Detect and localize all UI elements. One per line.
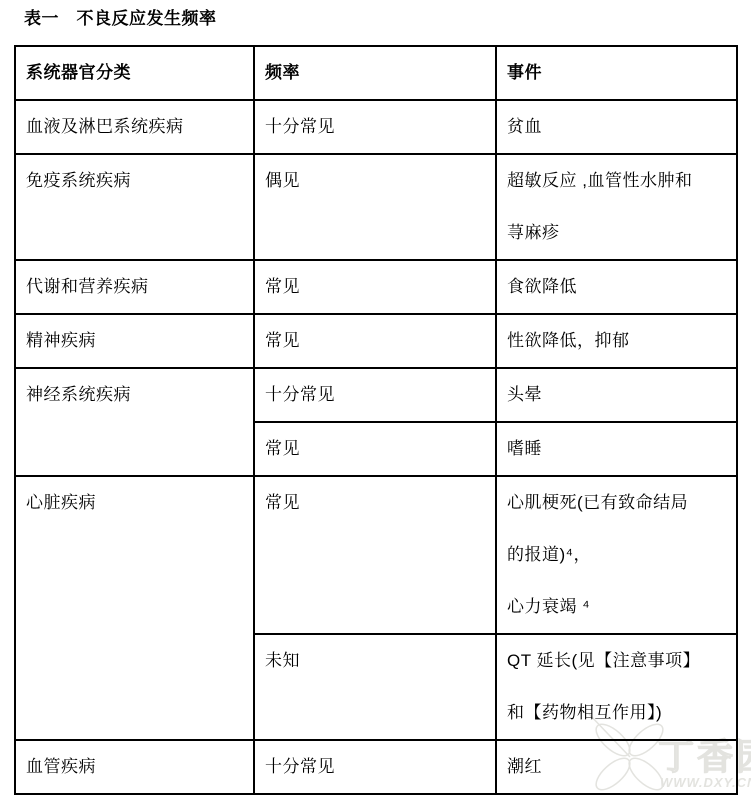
table-cell: 常见 — [254, 260, 496, 314]
table-row: 心脏疾病常见心肌梗死(已有致命结局的报道)⁴，心力衰竭 ⁴ — [15, 476, 737, 634]
table-cell: 超敏反应 ,血管性水肿和荨麻疹 — [496, 154, 737, 260]
header-row: 系统器官分类 频率 事件 — [15, 46, 737, 100]
table-cell: 代谢和营养疾病 — [15, 260, 254, 314]
table-row: 血管疾病十分常见潮红 — [15, 740, 737, 794]
table-cell: 血管疾病 — [15, 740, 254, 794]
table-cell: 免疫系统疾病 — [15, 154, 254, 260]
table-cell: 食欲降低 — [496, 260, 737, 314]
table-row: 神经系统疾病十分常见头晕 — [15, 368, 737, 422]
table-cell: 血液及淋巴系统疾病 — [15, 100, 254, 154]
header-cell-frequency: 频率 — [254, 46, 496, 100]
table-row: 免疫系统疾病偶见超敏反应 ,血管性水肿和荨麻疹 — [15, 154, 737, 260]
table-cell: 常见 — [254, 314, 496, 368]
table-cell: 常见 — [254, 476, 496, 634]
table-row: 血液及淋巴系统疾病十分常见贫血 — [15, 100, 737, 154]
table-cell: 常见 — [254, 422, 496, 476]
table-cell: 精神疾病 — [15, 314, 254, 368]
table-cell: 十分常见 — [254, 100, 496, 154]
header-cell-system-organ-class: 系统器官分类 — [15, 46, 254, 100]
table-cell: 偶见 — [254, 154, 496, 260]
table-cell: 头晕 — [496, 368, 737, 422]
table-cell: 心脏疾病 — [15, 476, 254, 740]
table-cell: 未知 — [254, 634, 496, 740]
table-cell: 性欲降低，抑郁 — [496, 314, 737, 368]
table-body: 血液及淋巴系统疾病十分常见贫血免疫系统疾病偶见超敏反应 ,血管性水肿和荨麻疹代谢… — [15, 100, 737, 794]
table-row: 代谢和营养疾病常见食欲降低 — [15, 260, 737, 314]
adverse-reactions-table: 系统器官分类 频率 事件 血液及淋巴系统疾病十分常见贫血免疫系统疾病偶见超敏反应… — [14, 45, 738, 795]
table-cell: 贫血 — [496, 100, 737, 154]
table-cell: 十分常见 — [254, 740, 496, 794]
table-row: 精神疾病常见性欲降低，抑郁 — [15, 314, 737, 368]
table-caption: 表一 不良反应发生频率 — [0, 0, 751, 29]
table-cell: 心肌梗死(已有致命结局的报道)⁴，心力衰竭 ⁴ — [496, 476, 737, 634]
table-cell: 十分常见 — [254, 368, 496, 422]
table-cell: 嗜睡 — [496, 422, 737, 476]
table-cell: 神经系统疾病 — [15, 368, 254, 476]
header-cell-event: 事件 — [496, 46, 737, 100]
table-cell: QT 延长(见【注意事项】和【药物相互作用】) — [496, 634, 737, 740]
table-cell: 潮红 — [496, 740, 737, 794]
